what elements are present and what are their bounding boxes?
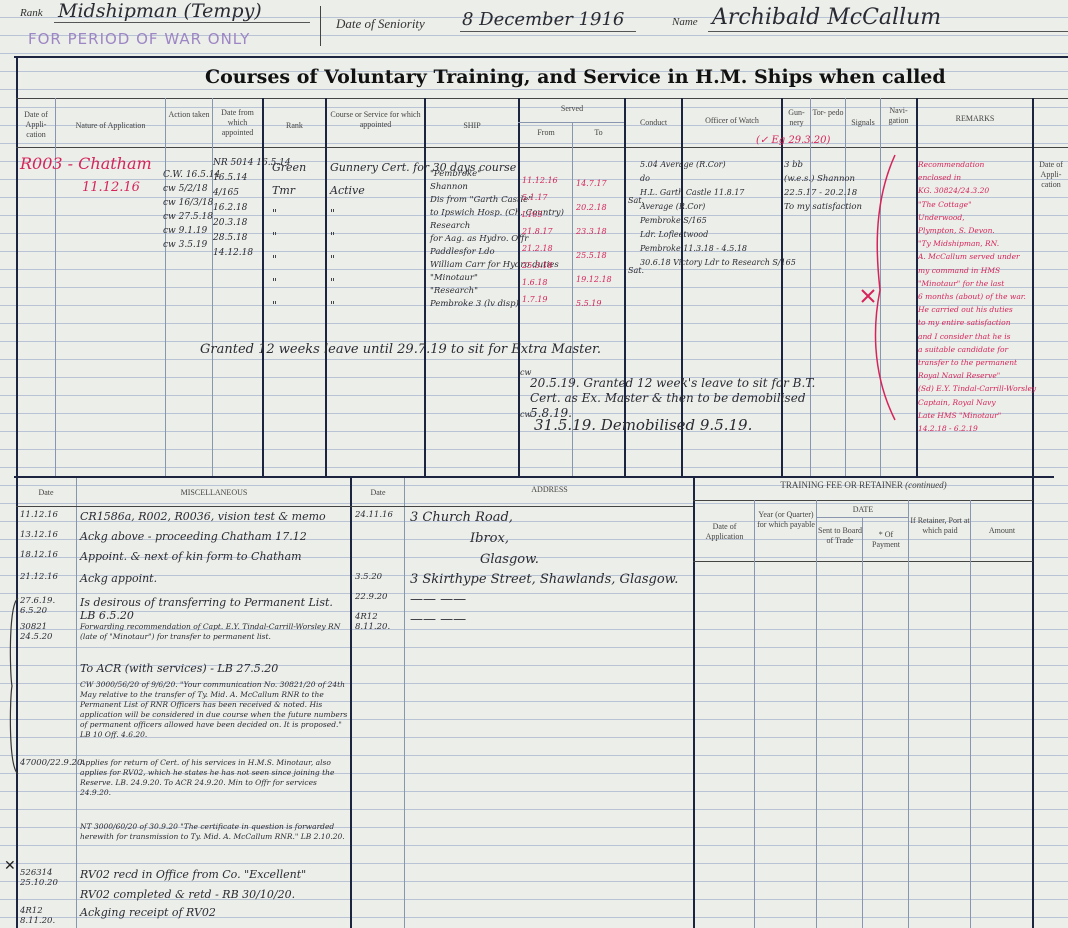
officer-of-watch-entry: 30.6.18 Victory Ldr to Research S/165 — [640, 256, 796, 270]
served-from-entry: 5.1.17 — [522, 189, 558, 206]
col-line — [845, 98, 846, 476]
fee-col-date-app: Date of Application — [695, 522, 754, 542]
col-officer-of-watch: Officer of Watch — [683, 116, 781, 126]
address-date: 22.9.20 — [355, 592, 403, 602]
col-nature: Nature of Application — [56, 121, 165, 131]
rank-entry: " — [272, 294, 306, 317]
officer-of-watch-entry: Ldr. Lofleetwood — [640, 228, 796, 242]
remark-line: enclosed in — [918, 171, 1036, 184]
col-ship: SHIP — [426, 121, 518, 131]
address-date: 3.5.20 — [355, 572, 403, 582]
lower-header-rule — [16, 506, 693, 507]
col-torpedo: Tor- pedo — [811, 108, 845, 118]
remark-line: a suitable candidate for — [918, 343, 1036, 356]
officer-of-watch-entry: H.L. Garth Castle 11.8.17 — [640, 186, 796, 200]
rank-value: Midshipman (Tempy) — [58, 0, 262, 22]
misc-entry: Is desirous of transferring to Permanent… — [80, 596, 348, 622]
rank-entry: Tmr — [272, 179, 306, 202]
col-line — [693, 478, 695, 928]
col-line — [816, 500, 817, 928]
misc-header: MISCELLANEOUS — [78, 488, 350, 498]
remark-line: KG. 30824/24.3.20 — [918, 184, 1036, 197]
upper-table-title: Courses of Voluntary Training, and Servi… — [205, 66, 946, 88]
leave2-entry: 20.5.19. Granted 12 week's leave to sit … — [530, 376, 840, 421]
served-from-entry: 21.8.17 — [522, 223, 558, 240]
col-line — [970, 500, 971, 928]
remarks-column: Recommendationenclosed inKG. 30824/24.3.… — [918, 158, 1036, 435]
remark-line: Underwood, — [918, 211, 1036, 224]
misc-entry: Ackg above - proceeding Chatham 17.12 — [80, 530, 348, 543]
col-navigation: Navi- gation — [881, 106, 916, 126]
remark-line: Captain, Royal Navy — [918, 396, 1036, 409]
misc-date: 526314 25.10.20 — [20, 868, 76, 888]
demob-prefix: cw — [520, 410, 531, 419]
remark-line: Late HMS "Minotaur" — [918, 409, 1036, 422]
served-to-entry: 19.12.18 — [576, 268, 612, 292]
officer-of-watch-entry: Pembroke 11.3.18 - 4.5.18 — [640, 242, 796, 256]
served-rule — [518, 122, 624, 123]
training-fee-title: TRAINING FEE OR RETAINER (continued) — [695, 480, 1032, 490]
col-line — [350, 478, 352, 928]
misc-entry: CR1586a, R002, R0036, vision test & memo — [80, 510, 348, 523]
misc-date: 18.12.16 — [20, 550, 76, 560]
misc-date: 11.12.16 — [20, 510, 76, 520]
served-from-entry: L165 — [522, 206, 558, 223]
remark-line: Royal Naval Reserve" — [918, 369, 1036, 382]
remark-line: transfer to the permanent — [918, 356, 1036, 369]
training-fee-title-suffix: (continued) — [905, 480, 946, 490]
remark-line: to my entire satisfaction — [918, 316, 1036, 329]
officer-of-watch-entry: Average (R.Cor) — [640, 200, 796, 214]
name-value: Archibald McCallum — [712, 5, 941, 30]
col-line — [908, 500, 909, 928]
col-course: Course or Service for which appointed — [327, 110, 424, 130]
col-line — [754, 500, 755, 928]
remark-line: 6 months (about) of the war. — [918, 290, 1036, 303]
rank-underline — [54, 22, 310, 23]
remark-line: and I consider that he is — [918, 330, 1036, 343]
remark-line: (Sd) E.Y. Tindal-Carrill-Worsley — [918, 382, 1036, 395]
action-entry: cw 9.1.19 — [163, 224, 220, 238]
misc-entry: RV02 completed & retd - RB 30/10/20. — [80, 888, 348, 901]
served-from-entry: 1.6.18 — [522, 274, 558, 291]
fee-col-port: If Retainer, Port at which paid — [910, 516, 970, 536]
header-rule — [16, 147, 1068, 148]
name-label: Name — [672, 16, 698, 28]
header-annotation: (✓ Eg 29.3.20) — [756, 135, 830, 146]
col-rank: Rank — [264, 121, 325, 131]
misc-entry: Ackging receipt of RV02 — [80, 906, 348, 919]
col-served-to: To — [573, 128, 624, 138]
rank-entry: " — [272, 202, 306, 225]
action-entry: C.W. 16.5.14 — [163, 168, 220, 182]
address-line: —— —— — [410, 612, 466, 627]
officer-of-watch-entry: Pembroke S/165 — [640, 214, 796, 228]
name-underline — [708, 31, 1068, 32]
col-action: Action taken — [166, 110, 212, 120]
col-line — [165, 98, 166, 476]
misc-entry: RV02 recd in Office from Co. "Excellent" — [80, 868, 348, 881]
served-from-entry: 25.3.18 — [522, 257, 558, 274]
col-right-date: Date of Appli- cation — [1034, 160, 1068, 190]
rank-entry: " — [272, 271, 306, 294]
officer-of-watch-entry: 5.04 Average (R.Cor) — [640, 158, 796, 172]
fee-col-payment: * Of Payment — [864, 530, 908, 550]
cross-mark-icon: ✕ — [4, 858, 16, 874]
col-line — [262, 98, 264, 476]
fee-col-date: DATE — [818, 505, 908, 515]
seniority-value: 8 December 1916 — [462, 9, 624, 30]
col-conduct: Conduct — [626, 118, 681, 128]
remark-line: He carried out his duties — [918, 303, 1036, 316]
action-entry: cw 3.5.19 — [163, 238, 220, 252]
action-taken-column: C.W. 16.5.14cw 5/2/18cw 16/3/18cw 27.5.1… — [163, 168, 220, 252]
remark-line: Recommendation — [918, 158, 1036, 171]
lower-top-border — [14, 476, 1054, 478]
action-entry: cw 5/2/18 — [163, 182, 220, 196]
seniority-underline — [460, 31, 636, 32]
fee-col-year: Year (or Quarter) for which payable — [756, 510, 816, 530]
misc-date: 4R12 8.11.20. — [20, 906, 76, 926]
rank-column: GreenTmr""""" — [272, 156, 306, 317]
col-line — [862, 517, 863, 928]
served-to-entry: 25.5.18 — [576, 244, 612, 268]
misc-entry: Applies for return of Cert. of his servi… — [80, 758, 348, 798]
fee-title-rule — [693, 500, 1033, 501]
col-gunnery: Gun- nery — [783, 108, 810, 128]
fee-col-amount: Amount — [972, 526, 1032, 536]
misc-entry: NT 3000/60/20 of 30.9.20 "The certificat… — [80, 822, 348, 842]
rank-label: Rank — [20, 7, 43, 19]
misc-entry: To ACR (with services) - LB 27.5.20 — [80, 662, 348, 675]
fee-col-sent: Sent to Board of Trade — [818, 526, 862, 546]
col-served-from: From — [520, 128, 572, 138]
col-line — [1032, 478, 1034, 928]
officer-of-watch-entry: do — [640, 172, 796, 186]
table-top-border — [14, 56, 1068, 58]
address-date-header: Date — [352, 488, 404, 498]
misc-entry: Forwarding recommendation of Capt. E.Y. … — [80, 622, 348, 642]
leave-entry: Granted 12 weeks leave until 29.7.19 to … — [200, 342, 601, 357]
remark-line: A. McCallum served under — [918, 250, 1036, 263]
col-date-from: Date from which appointed — [213, 108, 262, 138]
misc-entry: CW 3000/56/20 of 9/6/20. "Your communica… — [80, 680, 348, 740]
brace-icon — [2, 596, 22, 776]
address-line: 3 Skirthype Street, Shawlands, Glasgow. — [410, 572, 678, 587]
officer-of-watch-column: 5.04 Average (R.Cor)doH.L. Garth Castle … — [640, 158, 796, 270]
address-line: 3 Church Road, — [410, 510, 513, 525]
header-divider — [320, 6, 321, 46]
col-line — [325, 98, 327, 476]
red-bracket-icon — [850, 150, 920, 430]
demob-entry: 31.5.19. Demobilised 9.5.19. — [534, 416, 752, 434]
training-fee-title-text: TRAINING FEE OR RETAINER — [780, 480, 903, 490]
fee-header-rule — [693, 561, 1033, 562]
served-from-column: 11.12.165.1.17L16521.8.1721.2.1825.3.181… — [522, 172, 558, 308]
record-sheet: Rank Midshipman (Tempy) FOR PERIOD OF WA… — [0, 0, 1068, 928]
misc-date: 30821 24.5.20 — [20, 622, 76, 642]
war-only-stamp: FOR PERIOD OF WAR ONLY — [28, 30, 250, 48]
address-date: 4R12 8.11.20. — [355, 612, 403, 632]
remark-line: my command in HMS — [918, 264, 1036, 277]
served-to-entry: 5.5.19 — [576, 292, 612, 316]
seniority-label: Date of Seniority — [336, 16, 425, 32]
col-line — [404, 478, 405, 928]
title-rule — [16, 98, 1068, 99]
misc-date-header: Date — [16, 488, 76, 498]
nature-entry: R003 - Chatham — [20, 154, 152, 173]
misc-date: 13.12.16 — [20, 530, 76, 540]
served-to-entry: 20.2.18 — [576, 196, 612, 220]
remark-line: Plympton, S. Devon. — [918, 224, 1036, 237]
remark-line: "The Cottage" — [918, 198, 1036, 211]
served-to-column: 14.7.1720.2.1823.3.1825.5.1819.12.185.5.… — [576, 172, 612, 316]
col-line — [76, 478, 77, 928]
served-to-entry: 14.7.17 — [576, 172, 612, 196]
served-to-entry: 23.3.18 — [576, 220, 612, 244]
remark-line: 14.2.18 - 6.2.19 — [918, 422, 1036, 435]
col-line — [212, 98, 213, 476]
address-line: Glasgow. — [480, 552, 539, 567]
rank-entry: " — [272, 248, 306, 271]
remark-line: "Minotaur" for the last — [918, 277, 1036, 290]
address-date: 24.11.16 — [355, 510, 403, 520]
col-remarks: REMARKS — [918, 114, 1032, 124]
rank-entry: " — [272, 225, 306, 248]
action-entry: cw 16/3/18 — [163, 196, 220, 210]
misc-date: 47000/22.9.20. — [20, 758, 76, 768]
misc-entry: Appoint. & next of kin form to Chatham — [80, 550, 348, 563]
address-line: —— —— — [410, 592, 466, 607]
address-header: ADDRESS — [406, 485, 693, 495]
rank-entry: Green — [272, 156, 306, 179]
col-signals: Signals — [846, 118, 880, 128]
misc-entry: Ackg appoint. — [80, 572, 348, 585]
action-entry: cw 27.5.18 — [163, 210, 220, 224]
nature-date: 11.12.16 — [82, 180, 140, 195]
remark-line: "Ty Midshipman, RN. — [918, 237, 1036, 250]
col-served: Served — [520, 104, 624, 114]
served-from-entry: 11.12.16 — [522, 172, 558, 189]
misc-date: 21.12.16 — [20, 572, 76, 582]
served-from-entry: 21.2.18 — [522, 240, 558, 257]
col-date-application: Date of Appli- cation — [17, 110, 55, 140]
misc-date: 27.6.19. 6.5.20 — [20, 596, 76, 616]
served-from-entry: 1.7.19 — [522, 291, 558, 308]
address-line: Ibrox, — [470, 531, 509, 546]
